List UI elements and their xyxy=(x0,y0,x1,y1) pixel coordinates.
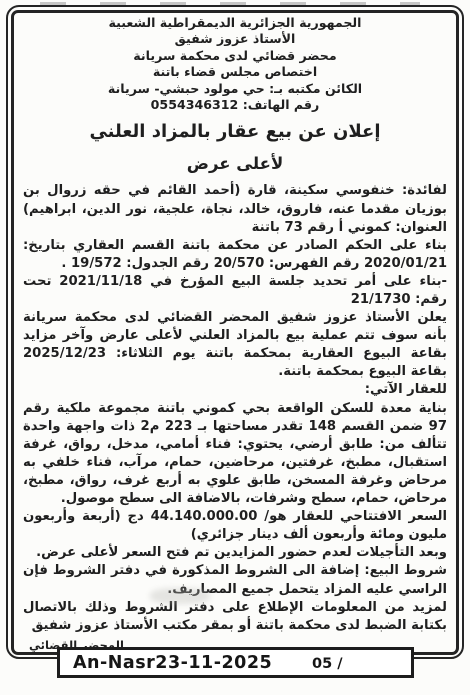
scanned-legal-notice-page: { "colors": { "ink": "#1f1f1f", "border"… xyxy=(0,0,470,695)
paragraph-judgment-reference: بناء على الحكم الصادر عن محكمة باتنة الق… xyxy=(23,237,447,273)
letterhead-bailiff-title: محضر قضائي لدى محكمة سريانة xyxy=(23,48,447,64)
publication-source-date: An-Nasr23-11-2025 xyxy=(73,651,272,675)
letterhead: الجمهورية الجزائرية الديمقراطية الشعبية … xyxy=(23,15,447,113)
notice-title: إعلان عن بيع عقار بالمزاد العلني xyxy=(23,120,447,144)
paragraph-sale-session-order: -بناء على أمر تحديد جلسة البيع المؤرخ في… xyxy=(23,273,447,309)
letterhead-phone: رقم الهاتف: 0554346312 xyxy=(23,97,447,113)
publication-footer-box: An-Nasr23-11-2025 05 / xyxy=(57,647,414,678)
letterhead-office-address: الكائن مكتبه بـ: حي مولود حبشي- سريانة xyxy=(23,81,447,97)
scan-artifact-smudge xyxy=(150,588,210,604)
publication-page-number: 05 / xyxy=(312,653,343,675)
notice-subtitle: لأعلى عرض xyxy=(23,153,447,175)
paragraph-postponements: وبعد التأجيلات لعدم حضور المزايدين تم فت… xyxy=(23,544,447,562)
notice-body: لفائدة: خنفوسي سكينة، قارة (أحمد القائم … xyxy=(23,182,447,634)
notice-content: الجمهورية الجزائرية الديمقراطية الشعبية … xyxy=(23,15,447,652)
paragraph-opening-price: السعر الافتتاحي للعقار هو/ 44.140.000.00… xyxy=(23,508,447,544)
paragraph-property-description: بناية معدة للسكن الواقعة بحي كموني باتنة… xyxy=(23,400,447,509)
letterhead-country: الجمهورية الجزائرية الديمقراطية الشعبية xyxy=(23,15,447,31)
paragraph-beneficiary: لفائدة: خنفوسي سكينة، قارة (أحمد القائم … xyxy=(23,182,447,236)
letterhead-jurisdiction: اختصاص مجلس قضاء باتنة xyxy=(23,64,447,80)
paragraph-property-intro: للعقار الآتي: xyxy=(23,381,447,399)
letterhead-bailiff-name: الأستاذ عزوز شفيق xyxy=(23,31,447,47)
paragraph-more-information: لمزيد من المعلومات الإطلاع على دفتر الشر… xyxy=(23,599,447,635)
paragraph-auction-announcement: يعلن الأستاذ عزوز شفيق المحضر القضائي لد… xyxy=(23,309,447,381)
paragraph-sale-conditions: شروط البيع: إضافة الى الشروط المذكورة في… xyxy=(23,562,447,598)
